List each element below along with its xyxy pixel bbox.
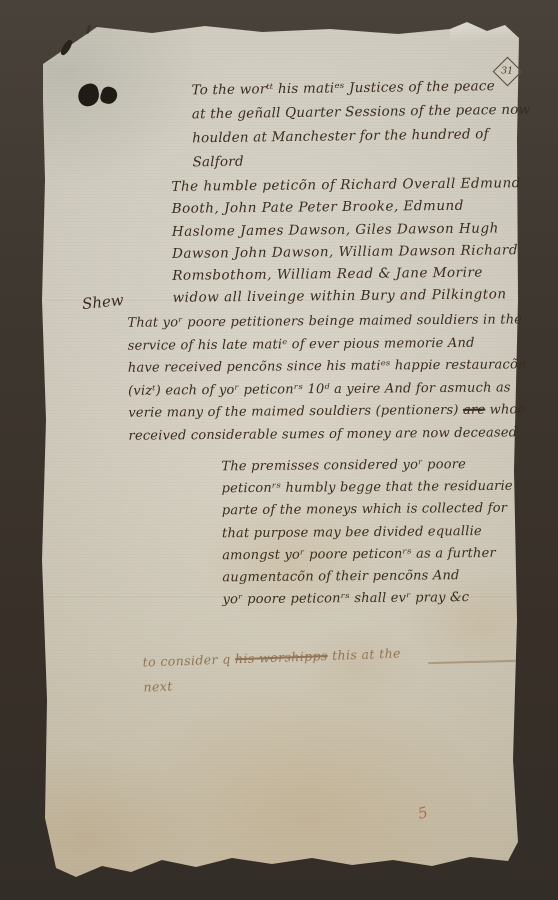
manuscript-line: Salford <box>192 146 531 175</box>
manuscript-line: The humble peticõn of Richard Overall Ed… <box>171 172 521 198</box>
line-segment: whoe <box>485 403 525 418</box>
manuscript-line: amongst yoʳ poore peticonʳˢ as a further <box>222 543 513 568</box>
manuscript-line: That yoʳ poore petitioners beinge maimed… <box>127 309 526 335</box>
manuscript-line: The premisses considered yoʳ poore <box>221 454 512 479</box>
petition-body-block: That yoʳ poore petitioners beinge maimed… <box>127 309 527 448</box>
manuscript-line: yoʳ poore peticonʳˢ shall evʳ pray &c <box>222 587 513 612</box>
manuscript-line: houlden at Manchester for the hundred of <box>192 122 531 151</box>
address-heading-block: To the worᵗᵗ his matiᵉˢ Justices of the … <box>191 74 531 175</box>
manuscript-line: augmentacõn of their pencõns And <box>222 565 513 590</box>
petitioners-block: The humble peticõn of Richard Overall Ed… <box>171 172 522 309</box>
manuscript-line: received considerable sumes of money are… <box>128 422 527 448</box>
photograph-of-manuscript: 31 To the worᵗᵗ his matiᵉˢ Justices of t… <box>0 0 558 900</box>
manuscript-line: have received pencõns since his matiᵉˢ h… <box>128 354 527 380</box>
corner-fold-highlight <box>449 20 520 48</box>
line-segment: this at the <box>327 646 401 664</box>
manuscript-line: that purpose may bee divided equallie <box>222 520 513 545</box>
prayer-clause-block: The premisses considered yoʳ poore petic… <box>221 454 514 612</box>
strikethrough-text: are <box>463 403 485 418</box>
clerk-endorsement-note: to consider q his worshipps this at the … <box>142 641 402 700</box>
manuscript-line: peticonʳˢ humbly begge that the residuar… <box>222 476 513 501</box>
manuscript-line: widow all liveinge within Bury and Pilki… <box>172 284 522 310</box>
manuscript-line: parte of the moneys which is collected f… <box>222 498 513 523</box>
strikethrough-text: his worshipps <box>235 648 328 666</box>
line-segment: to consider q <box>142 651 235 669</box>
line-segment: verie many of the maimed souldiers (pent… <box>128 403 463 421</box>
